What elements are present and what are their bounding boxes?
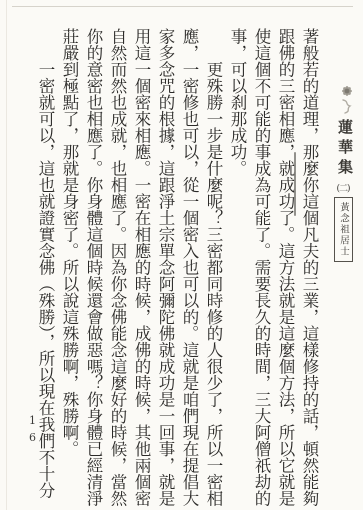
book-title: 蓮華集 [330, 116, 356, 182]
page-edge-line-left [6, 0, 7, 510]
book-page: 蓮華集 (二) 黃念祖居士 著般若的道理，那麼你這個凡夫的三業，這樣修持的話，頓… [0, 0, 363, 510]
page-number: 16 [26, 414, 39, 448]
scan-artifact-line [294, 152, 296, 216]
volume-label: (二) [331, 181, 355, 194]
paragraph-2: 更殊勝一步是什麼呢？三密都同時修的人很少了，所以一密相應，一密修也可以，從一個密… [57, 28, 225, 507]
body-text: 著般若的道理，那麼你這個凡夫的三業，這樣修持的話，頓然能夠跟佛的三密相應，就成功… [33, 28, 321, 507]
page-edge-line [12, 6, 353, 7]
paragraph-1: 著般若的道理，那麼你這個凡夫的三業，這樣修持的話，頓然能夠跟佛的三密相應，就成功… [225, 28, 321, 507]
author-box: 黃念祖居士 [334, 197, 353, 262]
lotus-seal-icon [336, 82, 358, 116]
